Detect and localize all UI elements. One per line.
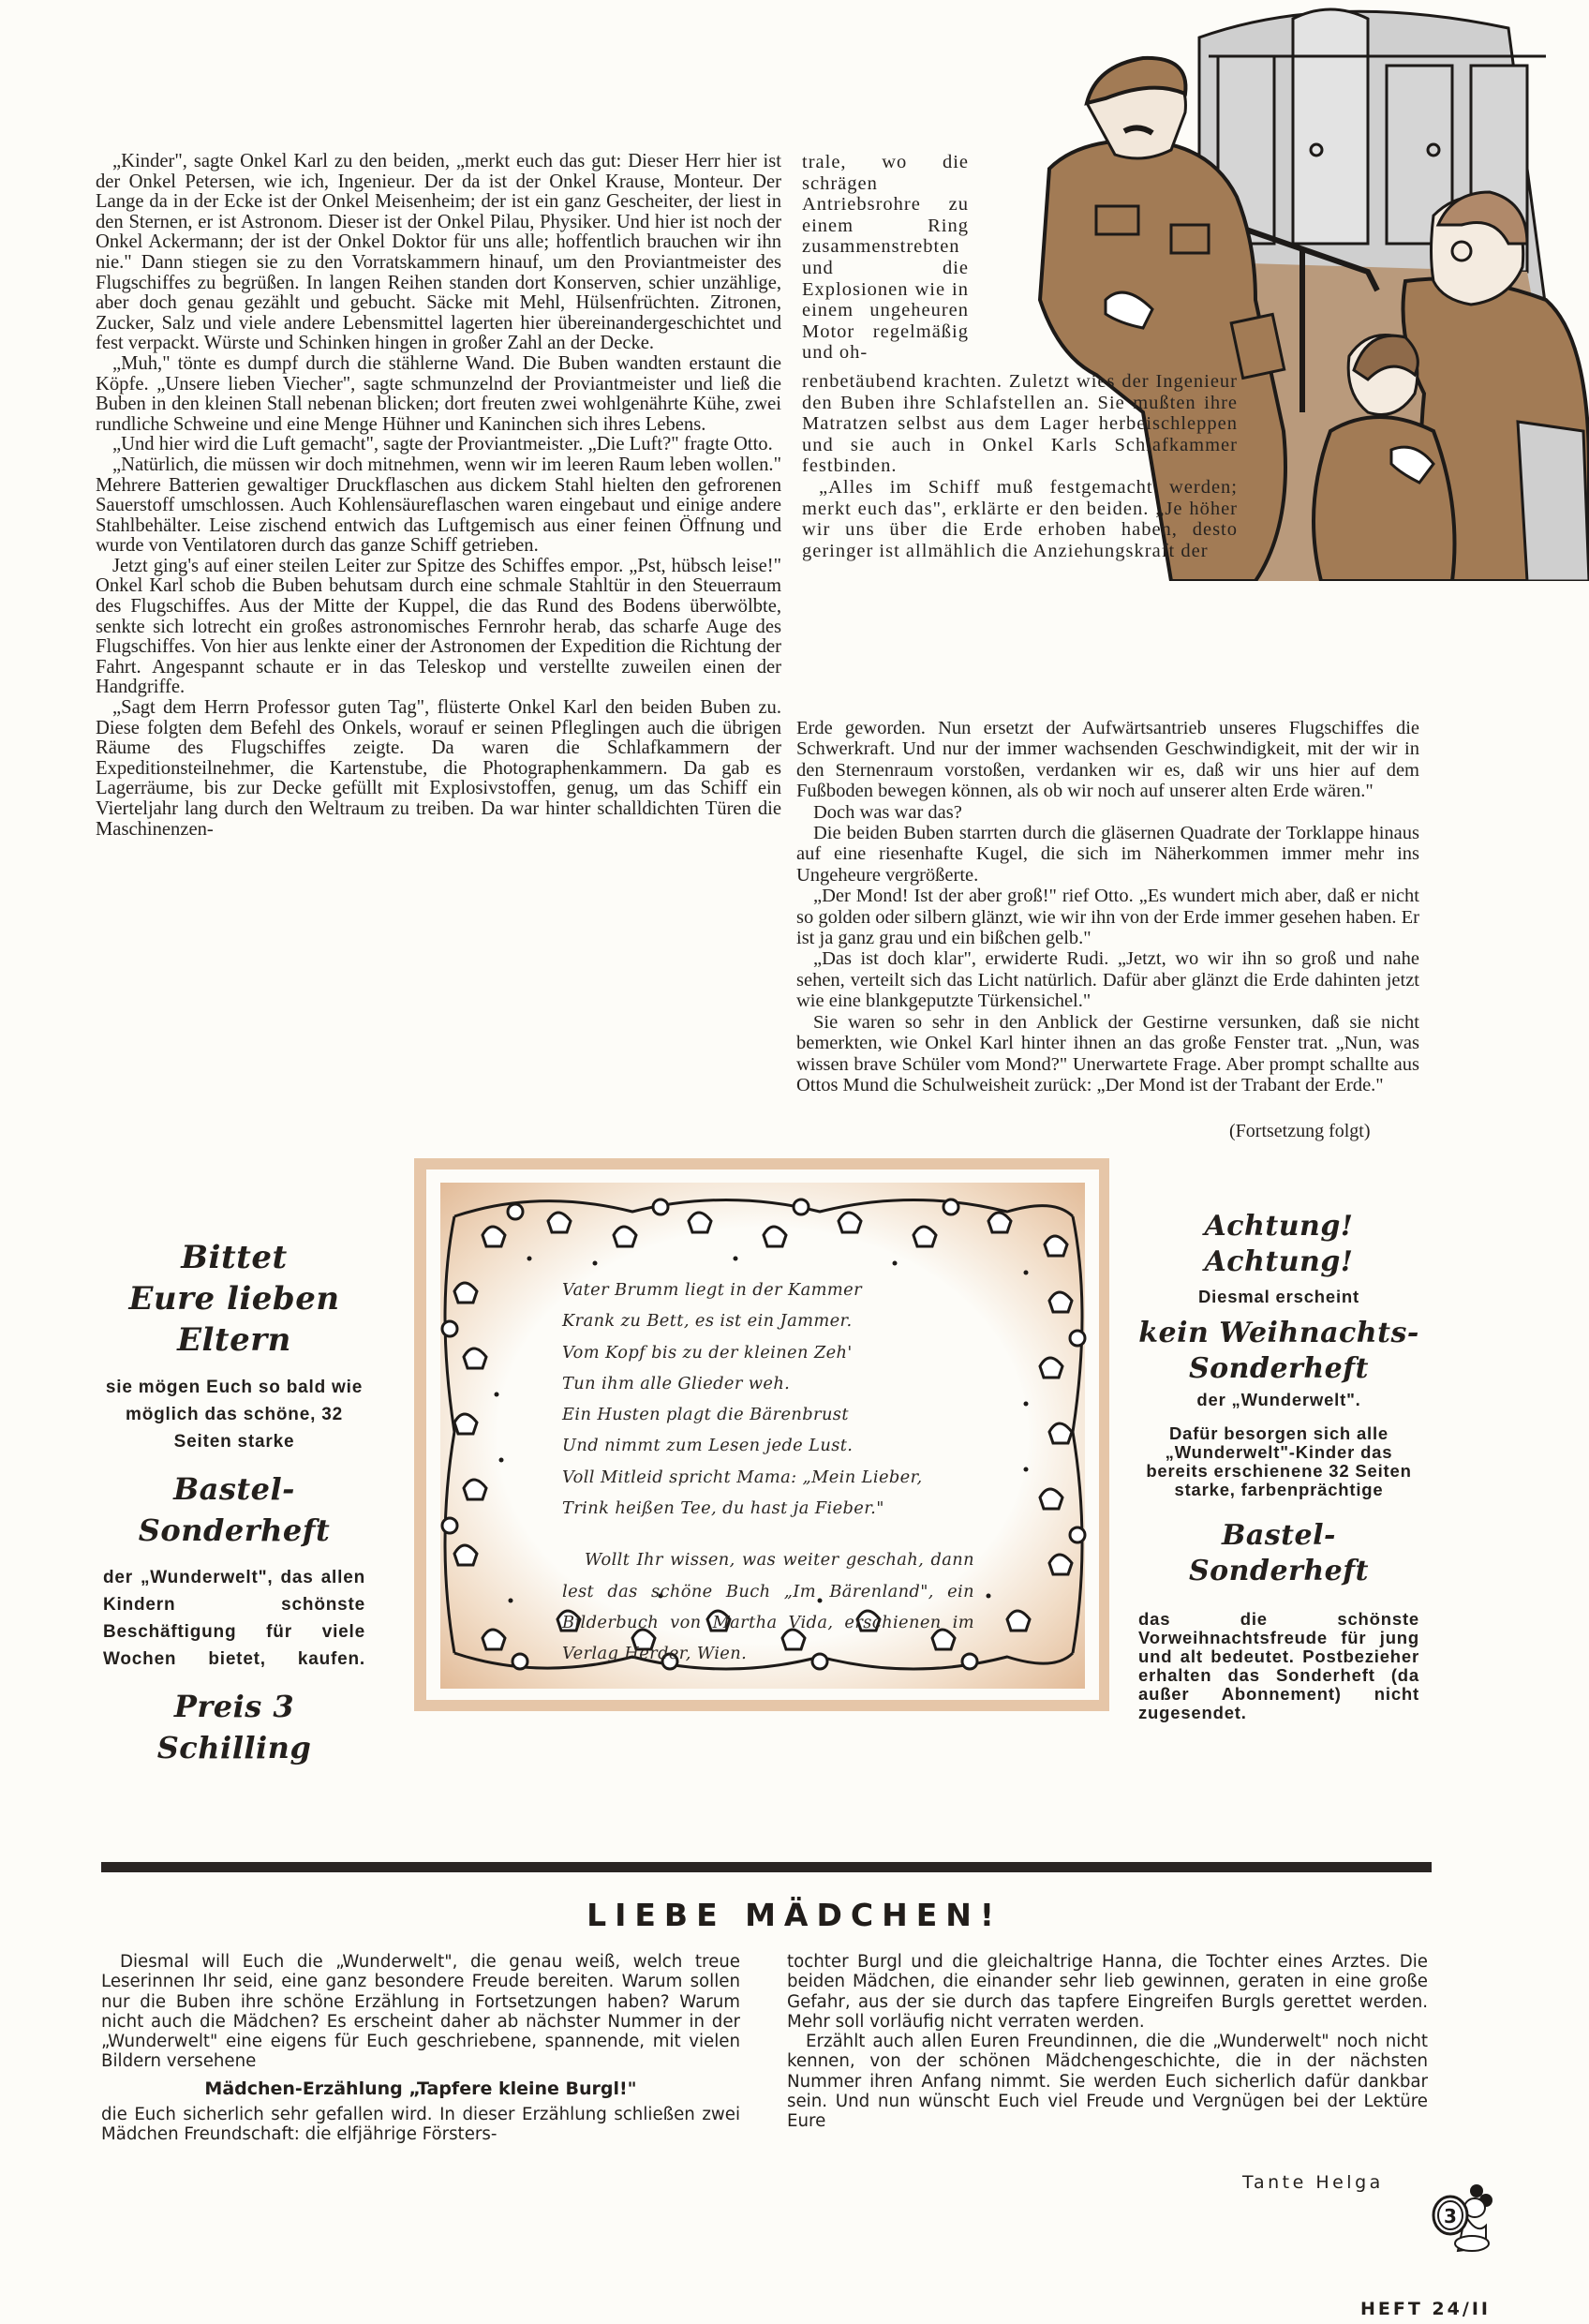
ad-text: Diesmal erscheint — [1138, 1288, 1419, 1306]
continuation-note: (Fortsetzung folgt) — [1229, 1121, 1371, 1142]
girls-paragraph: die Euch sicherlich sehr gefallen wird. … — [101, 2105, 740, 2145]
section-title: LIEBE MÄDCHEN! — [94, 1897, 1495, 1933]
ad-heading: Bittet — [103, 1237, 365, 1278]
poem-line: Vater Brumm liegt in der Kammer — [562, 1274, 974, 1305]
ad-text: das die schönste Vorweihnachtsfreude für… — [1138, 1610, 1419, 1722]
ad-heading: Sonderheft — [1138, 1351, 1419, 1387]
girls-story-title: Mädchen-Erzählung „Tapfere kleine Burgl!… — [101, 2079, 740, 2099]
poem-book-note: Wollt Ihr wissen, was weiter geschah, da… — [562, 1544, 974, 1669]
story-paragraph: Sie waren so sehr in den Anblick der Ges… — [796, 1012, 1419, 1096]
story-paragraph: Erde geworden. Nun ersetzt der Aufwärtsa… — [796, 718, 1419, 802]
poem-line: Vom Kopf bis zu der kleinen Zeh' — [562, 1337, 974, 1368]
story-paragraph: Die beiden Buben starrten durch die gläs… — [796, 823, 1419, 886]
story-paragraph: Doch was war das? — [796, 802, 1419, 823]
girls-paragraph: Diesmal will Euch die „Wunderwelt", die … — [101, 1952, 740, 2072]
poem-line: Und nimmt zum Lesen jede Lust. — [562, 1430, 974, 1461]
ad-heading: Eure lieben Eltern — [103, 1278, 365, 1361]
story-left-column: „Kinder", sagte Onkel Karl zu den beiden… — [96, 152, 781, 840]
story-narrow-column: trale, wo die schrägen Antriebsrohre zu … — [802, 152, 969, 364]
story-paragraph: „Natürlich, die müssen wir doch mitnehme… — [96, 455, 781, 557]
issue-number: HEFT 24/II — [1360, 2299, 1491, 2319]
story-paragraph: „Kinder", sagte Onkel Karl zu den beiden… — [96, 152, 781, 354]
ad-product-title: Bastel-Sonderheft — [103, 1468, 365, 1551]
ad-heading: kein Weihnachts- — [1138, 1316, 1419, 1351]
girls-paragraph: tochter Burgl und die gleichaltrige Hann… — [787, 1952, 1428, 2032]
ad-achtung-right: Achtung! Achtung! Diesmal erscheint kein… — [1138, 1209, 1419, 1722]
poem-line: Krank zu Bett, es ist ein Jammer. — [562, 1305, 974, 1336]
story-paragraph: renbetäubend krachten. Zuletzt wies der … — [802, 371, 1238, 477]
ad-text: der „Wunderwelt", das allen Kindern schö… — [103, 1564, 365, 1673]
story-paragraph: „Und hier wird die Luft gemacht", sagte … — [96, 435, 781, 455]
ad-bastel-sonderheft-left: Bittet Eure lieben Eltern sie mögen Euch… — [103, 1237, 365, 1768]
ad-text: sie mögen Euch so bald wie möglich das s… — [103, 1374, 365, 1455]
mascot-drum-number: 3 — [1444, 2205, 1457, 2227]
poem-vater-brumm: Vater Brumm liegt in der Kammer Krank zu… — [562, 1274, 974, 1670]
poem-line: Voll Mitleid spricht Mama: „Mein Lieber, — [562, 1462, 974, 1493]
ad-text: der „Wunderwelt". — [1138, 1391, 1419, 1409]
story-paragraph: Jetzt ging's auf einer steilen Leiter zu… — [96, 557, 781, 698]
story-paragraph: „Muh," tönte es dumpf durch die stählern… — [96, 354, 781, 435]
story-right-column-c: Erde geworden. Nun ersetzt der Aufwärtsa… — [796, 718, 1419, 1095]
girls-paragraph: Erzählt auch allen Euren Freundinnen, di… — [787, 2032, 1428, 2131]
mouse-drum-mascot-icon: 3 — [1430, 2183, 1495, 2258]
poem-line: Trink heißen Tee, du hast ja Fieber." — [562, 1493, 974, 1524]
ad-heading: Achtung! Achtung! — [1138, 1209, 1419, 1280]
story-paragraph: „Alles im Schiff muß festgemacht werden;… — [802, 477, 1238, 561]
story-right-column-a: renbetäubend krachten. Zuletzt wies der … — [802, 371, 1238, 561]
ad-text: Dafür besorgen sich alle „Wunderwelt"-Ki… — [1138, 1424, 1419, 1499]
signature: Tante Helga — [1242, 2172, 1384, 2193]
story-paragraph: „Der Mond! Ist der aber groß!" rief Otto… — [796, 886, 1419, 948]
story-paragraph: „Das ist doch klar", erwiderte Rudi. „Je… — [796, 948, 1419, 1011]
poem-line: Tun ihm alle Glieder weh. — [562, 1368, 974, 1399]
poem-line: Ein Husten plagt die Bärenbrust — [562, 1399, 974, 1430]
ad-price: Preis 3 Schilling — [103, 1686, 365, 1768]
girls-left-column: Diesmal will Euch die „Wunderwelt", die … — [101, 1952, 740, 2145]
section-divider — [101, 1862, 1432, 1872]
story-paragraph: „Sagt dem Herrn Professor guten Tag", fl… — [96, 698, 781, 840]
girls-right-column: tochter Burgl und die gleichaltrige Hann… — [787, 1952, 1428, 2132]
ad-product-title: Bastel-Sonderheft — [1138, 1518, 1419, 1589]
story-paragraph: trale, wo die schrägen Antriebsrohre zu … — [802, 152, 969, 364]
